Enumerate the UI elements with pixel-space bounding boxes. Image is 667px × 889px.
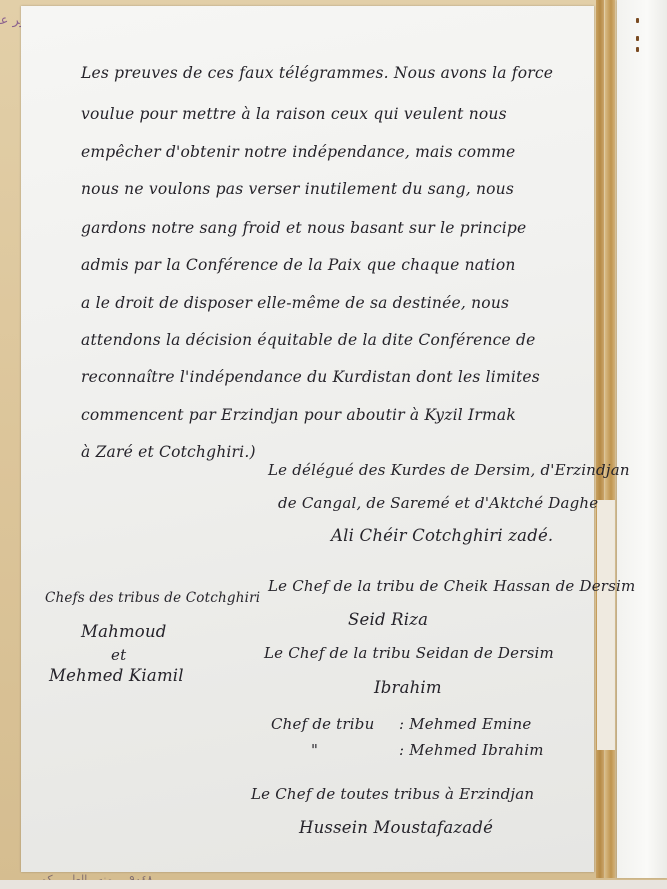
delegate-title-line: de Cangal, de Saremé et d'Aktché Daghe	[278, 494, 598, 512]
body-line: à Zaré et Cotchghiri.)	[81, 443, 256, 461]
body-line: Les preuves de ces faux télégrammes. Nou…	[81, 64, 553, 82]
cotchghiri-chiefs-title: Chefs des tribus de Cotchghiri	[45, 590, 260, 606]
cotchghiri-chief-name: Mehmed Kiamil	[49, 666, 184, 685]
cotchghiri-chief-name: Mahmoud	[81, 622, 167, 641]
pin-hole-mark	[636, 18, 639, 23]
body-line: nous ne voulons pas verser inutilement d…	[81, 180, 514, 198]
handwritten-letter-page: Les preuves de ces faux télégrammes. Nou…	[21, 6, 594, 872]
body-line: gardons notre sang froid et nous basant …	[81, 219, 526, 237]
chef-de-tribu-name: : Mehmed Ibrahim	[399, 741, 544, 759]
cheik-hassan-chief-name: Seid Riza	[348, 610, 428, 629]
body-line: commencent par Erzindjan pour aboutir à …	[81, 406, 516, 424]
bottom-edge	[0, 880, 667, 889]
body-line: attendons la décision équitable de la di…	[81, 331, 536, 349]
ditto-mark: "	[311, 741, 318, 759]
adjacent-page	[617, 0, 667, 878]
seidan-chief-title: Le Chef de la tribu Seidan de Dersim	[264, 644, 554, 662]
erzindjan-chief-name: Hussein Moustafazadé	[299, 818, 493, 837]
chef-de-tribu-label: Chef de tribu	[271, 715, 374, 733]
seidan-chief-name: Ibrahim	[374, 678, 442, 697]
conjunction-et: et	[111, 646, 126, 664]
cheik-hassan-chief-title: Le Chef de la tribu de Cheik Hassan de D…	[268, 577, 635, 595]
pin-hole-mark	[636, 47, 639, 52]
chef-de-tribu-name: : Mehmed Emine	[399, 715, 532, 733]
pin-hole-mark	[636, 36, 639, 41]
body-line: reconnaître l'indépendance du Kurdistan …	[81, 368, 540, 386]
body-line: voulue pour mettre à la raison ceux qui …	[81, 105, 507, 123]
delegate-title-line: Le délégué des Kurdes de Dersim, d'Erzin…	[268, 461, 630, 479]
underlying-paper-slip	[597, 500, 615, 750]
delegate-signature-name: Ali Chéir Cotchghiri zadé.	[331, 526, 553, 545]
body-line: a le droit de disposer elle-même de sa d…	[81, 294, 509, 312]
body-line: admis par la Conférence de la Paix que c…	[81, 256, 516, 274]
erzindjan-chief-title: Le Chef de toutes tribus à Erzindjan	[251, 785, 534, 803]
body-line: empêcher d'obtenir notre indépendance, m…	[81, 143, 515, 161]
